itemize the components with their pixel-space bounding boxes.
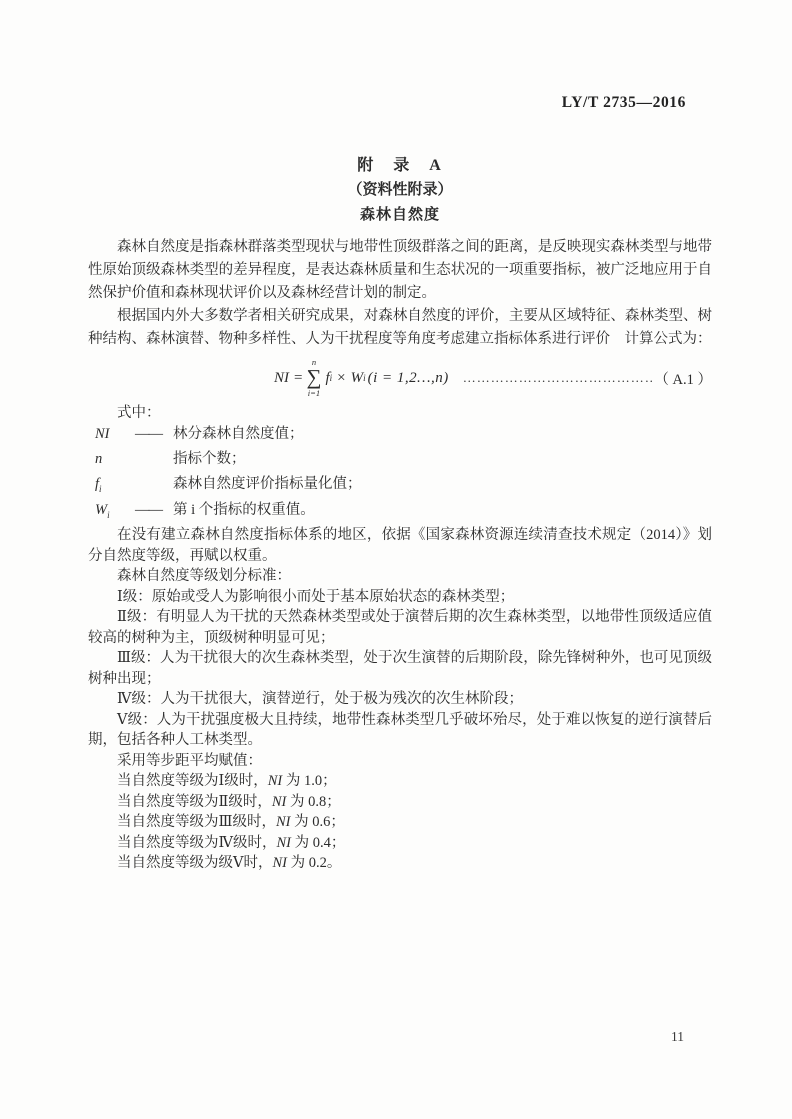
page-content: 附 录 A （资料性附录） 森林自然度 森林自然度是指森林群落类型现状与地带性顶…	[88, 153, 712, 874]
formula-term-f-sub: i	[330, 373, 333, 383]
definition-row: n 指标个数；	[88, 449, 712, 474]
definition-symbol: NI	[95, 424, 135, 449]
ni-symbol: NI	[272, 855, 287, 871]
definition-desc: 森林自然度评价指标量化值；	[173, 474, 712, 499]
intro-paragraph-1: 森林自然度是指森林群落类型现状与地带性顶级群落之间的距离，是反映现实森林类型与地…	[88, 236, 712, 305]
grade-item: Ⅴ级：人为干扰强度极大且持续，地带性森林类型几乎破坏殆尽，处于难以恢复的逆行演替…	[88, 710, 712, 751]
definition-symbol: Wi	[95, 500, 135, 525]
grade-item: Ⅰ级：原始或受人为影响很小而处于基本原始状态的森林类型；	[88, 587, 712, 608]
assignment-item: 当自然度等级为Ⅱ级时，NI 为 0.8；	[88, 792, 712, 813]
definition-desc: 林分森林自然度值；	[173, 424, 712, 449]
ni-symbol: NI	[276, 814, 291, 830]
assignment-item: 当自然度等级为Ⅲ级时，NI 为 0.6；	[88, 812, 712, 833]
definition-symbol: n	[95, 449, 135, 474]
definition-dash	[135, 449, 173, 474]
assignment-intro: 采用等步距平均赋值：	[88, 751, 712, 772]
formula-lhs: NI	[274, 370, 289, 387]
sigma-icon: ∑	[306, 367, 321, 388]
ni-symbol: NI	[277, 835, 292, 851]
formula-dot-leader: ………………………………………	[463, 370, 655, 386]
formula-number: （ A.1 ）	[654, 368, 712, 389]
intro-paragraph-2: 根据国内外大多数学者相关研究成果，对森林自然度的评价，主要从区域特征、森林类型、…	[88, 305, 712, 351]
formula-times: ×	[337, 370, 345, 387]
region-note: 在没有建立森林自然度指标体系的地区，依据《国家森林资源连续清查技术规定（2014…	[88, 525, 712, 566]
document-page: LY/T 2735—2016 附 录 A （资料性附录） 森林自然度 森林自然度…	[0, 0, 792, 1119]
formula-a1: NI = n ∑ i=1 fi × Wi (i = 1,2…,n) …………………	[88, 358, 712, 398]
summation-symbol: n ∑ i=1	[306, 358, 321, 398]
formula-term-w-sub: i	[363, 373, 366, 383]
assignment-item: 当自然度等级为级Ⅴ时，NI 为 0.2。	[88, 853, 712, 874]
grade-item: Ⅱ级：有明显人为干扰的天然森林类型或处于演替后期的次生森林类型，以地带性顶级适应…	[88, 607, 712, 648]
assignment-item: 当自然度等级为Ⅰ级时，NI 为 1.0；	[88, 771, 712, 792]
appendix-subtitle: （资料性附录）	[88, 178, 712, 203]
body-text: 森林自然度是指森林群落类型现状与地带性顶级群落之间的距离，是反映现实森林类型与地…	[88, 236, 712, 874]
sum-lower-limit: i=1	[308, 388, 320, 398]
standard-code: LY/T 2735—2016	[562, 94, 686, 112]
definition-dash	[135, 474, 173, 499]
grades-intro: 森林自然度等级划分标准：	[88, 566, 712, 587]
ni-symbol: NI	[272, 794, 287, 810]
ni-symbol: NI	[268, 773, 283, 789]
definition-desc: 指标个数；	[173, 449, 712, 474]
grade-item: Ⅳ级：人为干扰很大，演替逆行，处于极为残次的次生林阶段；	[88, 689, 712, 710]
assignment-item: 当自然度等级为Ⅳ级时，NI 为 0.4；	[88, 833, 712, 854]
definition-dash: ——	[135, 500, 173, 525]
definition-row: Wi —— 第 i 个指标的权重值。	[88, 500, 712, 525]
appendix-title: 附 录 A	[88, 153, 712, 178]
definition-desc: 第 i 个指标的权重值。	[173, 500, 712, 525]
formula-range: (i = 1,2…,n)	[368, 370, 449, 387]
formula-term-w: W	[351, 370, 364, 387]
formula-equals: =	[294, 370, 302, 387]
appendix-title-block: 附 录 A （资料性附录） 森林自然度	[88, 153, 712, 228]
definition-symbol: fi	[95, 474, 135, 499]
definition-row: NI —— 林分森林自然度值；	[88, 424, 712, 449]
grade-item: Ⅲ级：人为干扰很大的次生森林类型，处于次生演替的后期阶段，除先锋树种外，也可见顶…	[88, 648, 712, 689]
appendix-section-name: 森林自然度	[88, 203, 712, 228]
definition-dash: ——	[135, 424, 173, 449]
page-number: 11	[671, 1029, 684, 1045]
where-intro: 式中：	[88, 403, 712, 424]
definition-row: fi 森林自然度评价指标量化值；	[88, 474, 712, 499]
